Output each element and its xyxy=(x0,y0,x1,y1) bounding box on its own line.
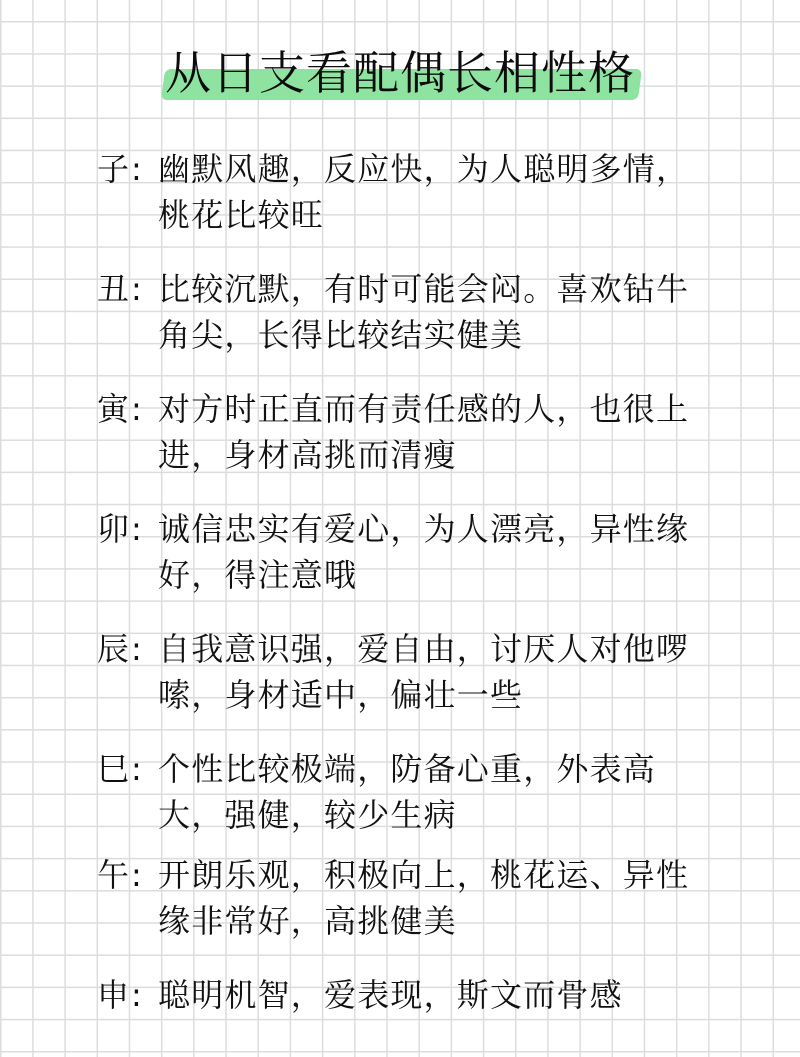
branch-name: 午 xyxy=(97,856,129,894)
entry-label: 寅: xyxy=(97,386,158,432)
entry-label: 午: xyxy=(97,852,158,898)
entry-description: 比较沉默，有时可能会闷。喜欢钻牛角尖，长得比较结实健美 xyxy=(158,266,713,358)
entry-label: 巳: xyxy=(97,746,158,792)
colon: : xyxy=(131,390,142,428)
colon: : xyxy=(131,510,142,548)
branch-name: 丑 xyxy=(97,270,129,308)
branch-name: 巳 xyxy=(97,750,129,788)
colon: : xyxy=(131,856,142,894)
entry-description: 开朗乐观，积极向上，桃花运、异性缘非常好，高挑健美 xyxy=(158,852,713,944)
entry-label: 丑: xyxy=(97,266,158,312)
entry-label: 子: xyxy=(97,146,158,192)
entry-description: 对方时正直而有责任感的人，也很上进，身材高挑而清瘦 xyxy=(158,386,713,478)
branch-name: 子 xyxy=(97,150,129,188)
title-block: 从日支看配偶长相性格 xyxy=(0,38,800,108)
entry-label: 申: xyxy=(97,972,158,1018)
entry-label: 卯: xyxy=(97,506,158,552)
branch-name: 申 xyxy=(97,976,129,1014)
colon: : xyxy=(131,270,142,308)
page-title: 从日支看配偶长相性格 xyxy=(0,38,800,108)
entry-description: 个性比较极端，防备心重，外表高大，强健，较少生病 xyxy=(158,746,713,838)
colon: : xyxy=(131,150,142,188)
colon: : xyxy=(131,976,142,1014)
entry-description: 聪明机智，爱表现，斯文而骨感 xyxy=(158,972,713,1018)
colon: : xyxy=(131,630,142,668)
entry-description: 幽默风趣，反应快，为人聪明多情，桃花比较旺 xyxy=(158,146,713,238)
branch-name: 寅 xyxy=(97,390,129,428)
colon: : xyxy=(131,750,142,788)
entry-description: 诚信忠实有爱心，为人漂亮，异性缘好，得注意哦 xyxy=(158,506,713,598)
entry-description: 自我意识强，爱自由，讨厌人对他啰嗦，身材适中，偏壮一些 xyxy=(158,626,713,718)
branch-name: 辰 xyxy=(97,630,129,668)
entry-label: 辰: xyxy=(97,626,158,672)
branch-name: 卯 xyxy=(97,510,129,548)
